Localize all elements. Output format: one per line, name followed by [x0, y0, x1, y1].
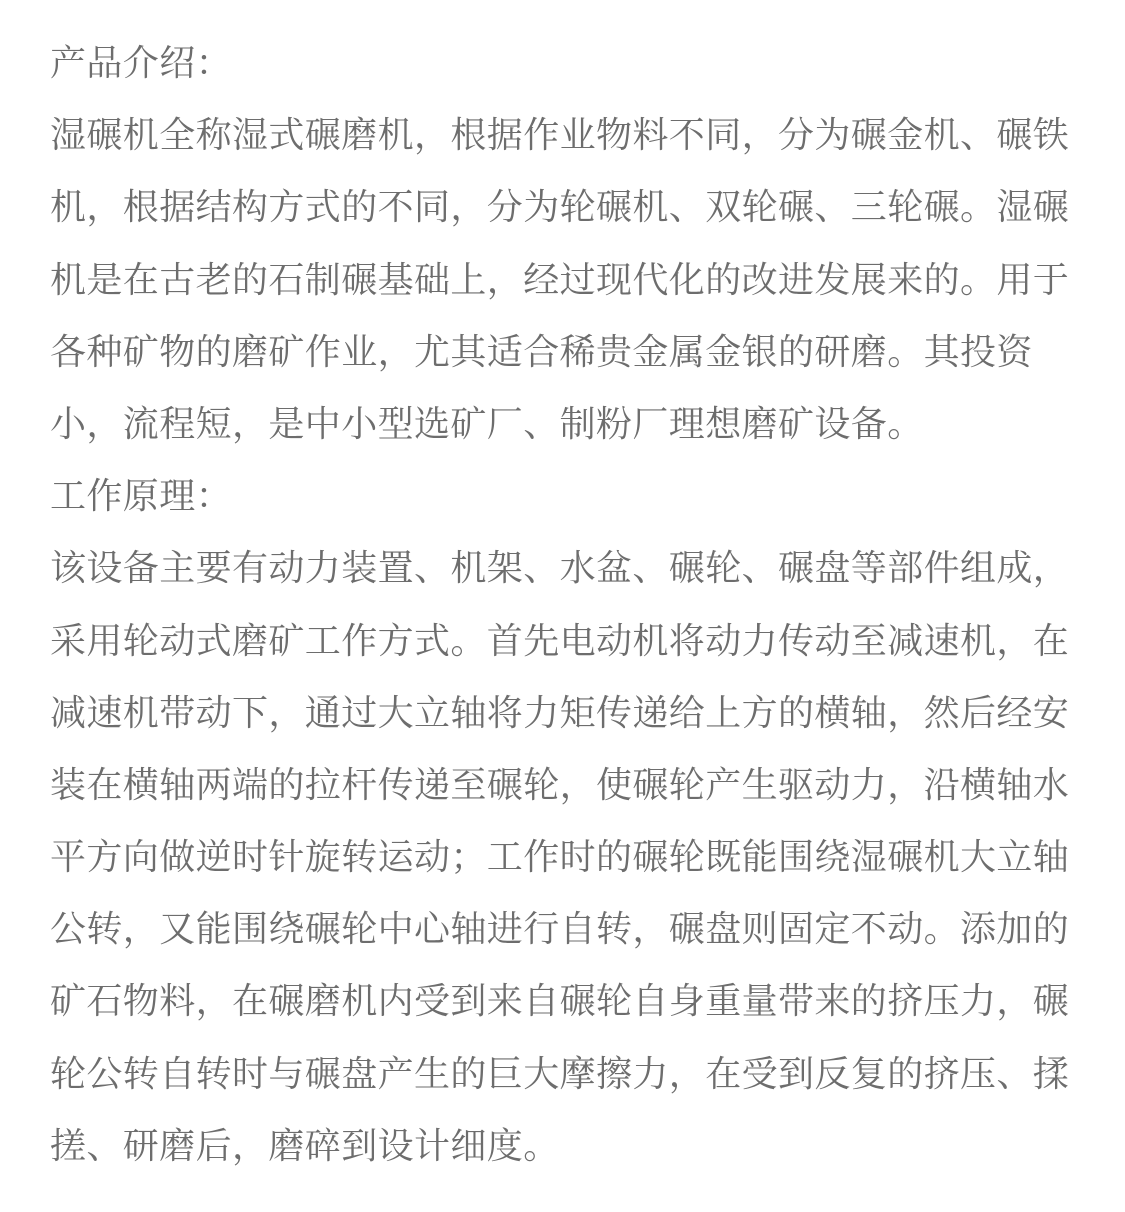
paragraph-line: 各种矿物的磨矿作业，尤其适合稀贵金属金银的研磨。其投资 — [50, 316, 1077, 388]
paragraph-line: 搓、研磨后，磨碎到设计细度。 — [50, 1110, 1077, 1182]
paragraph-line: 减速机带动下，通过大立轴将力矩传递给上方的横轴，然后经安 — [50, 677, 1077, 749]
section-heading-product-intro: 产品介绍： — [50, 27, 1077, 99]
paragraph-line: 机是在古老的石制碾基础上，经过现代化的改进发展来的。用于 — [50, 244, 1077, 316]
paragraph-line: 轮公转自转时与碾盘产生的巨大摩擦力，在受到反复的挤压、揉 — [50, 1038, 1077, 1110]
paragraph-line: 机，根据结构方式的不同，分为轮碾机、双轮碾、三轮碾。湿碾 — [50, 171, 1077, 243]
section-heading-working-principle: 工作原理： — [50, 460, 1077, 532]
paragraph-line: 平方向做逆时针旋转运动；工作时的碾轮既能围绕湿碾机大立轴 — [50, 821, 1077, 893]
paragraph-line: 矿石物料，在碾磨机内受到来自碾轮自身重量带来的挤压力，碾 — [50, 965, 1077, 1037]
product-description-article: 产品介绍： 湿碾机全称湿式碾磨机，根据作业物料不同，分为碾金机、碾铁 机，根据结… — [0, 0, 1125, 1182]
paragraph-line: 公转，又能围绕碾轮中心轴进行自转，碾盘则固定不动。添加的 — [50, 893, 1077, 965]
paragraph-line: 小，流程短，是中小型选矿厂、制粉厂理想磨矿设备。 — [50, 388, 1077, 460]
paragraph-line: 装在横轴两端的拉杆传递至碾轮，使碾轮产生驱动力，沿横轴水 — [50, 749, 1077, 821]
paragraph-line: 该设备主要有动力装置、机架、水盆、碾轮、碾盘等部件组成， — [50, 532, 1077, 604]
paragraph-line: 湿碾机全称湿式碾磨机，根据作业物料不同，分为碾金机、碾铁 — [50, 99, 1077, 171]
paragraph-line: 采用轮动式磨矿工作方式。首先电动机将动力传动至减速机，在 — [50, 605, 1077, 677]
